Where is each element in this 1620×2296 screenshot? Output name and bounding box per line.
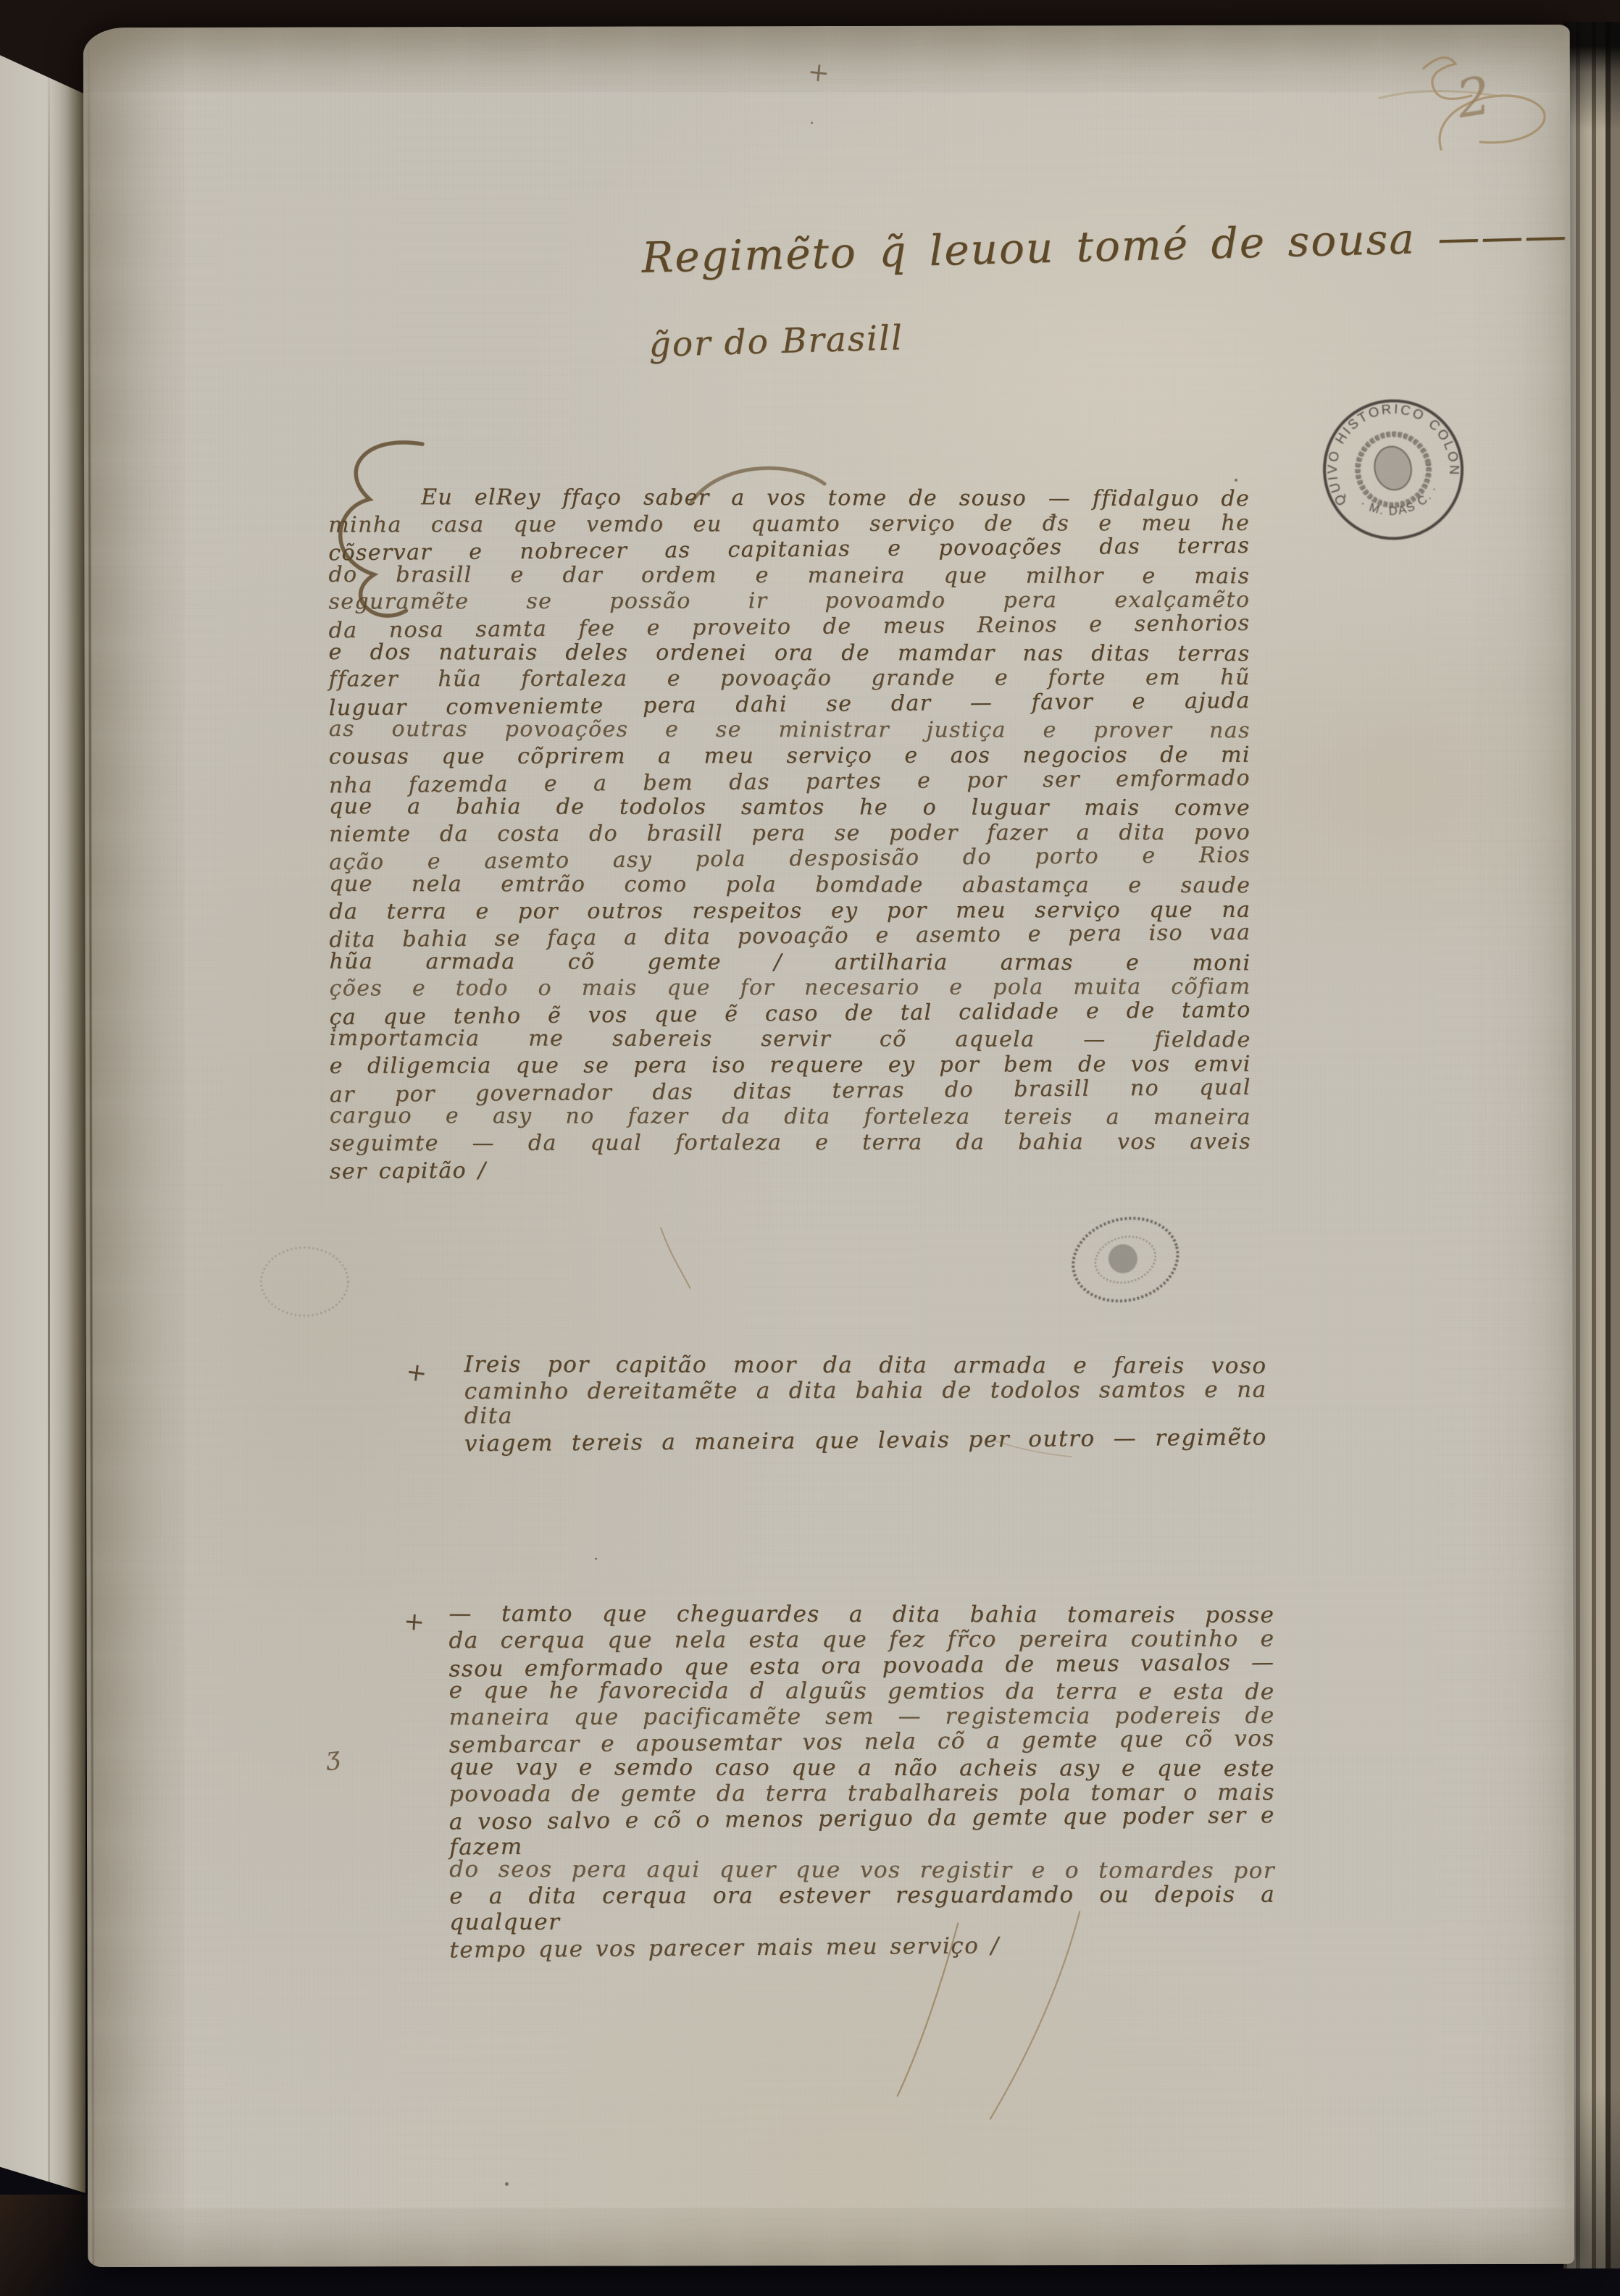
gutter-shadow: [88, 28, 94, 2267]
small-oval-stamp: [1064, 1207, 1187, 1312]
ms-line: ser capitão /: [330, 1152, 1251, 1185]
gutter-fold-crease: [48, 42, 50, 2224]
ms-line: e dos naturais deles ordenei ora de mamd…: [329, 640, 1251, 667]
body-paragraph-2: Ireis por capitão moor da dita armada e …: [464, 1352, 1267, 1454]
ms-line: caminho dereitamẽte a dita bahia de todo…: [464, 1377, 1267, 1428]
ms-line: Eu elRey ffaço saber a vos tome de souso…: [328, 485, 1250, 512]
stamp-bottom-text: · M. DAS C. ·: [1356, 481, 1445, 526]
body-paragraph-3: — tamto que cheguardes a dita bahia toma…: [448, 1601, 1275, 1961]
ms-line: tempo que vos parecer mais meu serviço /: [449, 1931, 1275, 1964]
body-paragraph-1: Eu elRey ffaço saber a vos tome de souso…: [328, 485, 1251, 1183]
ms-line: e que he favorecida d alguũs gemtios da …: [449, 1678, 1275, 1705]
ms-line: do brasill e dar ordem e maneira que mil…: [328, 562, 1250, 590]
ms-line: da nosa samta fee e proveito de meus Rei…: [328, 611, 1250, 644]
ms-line: Ireis por capitão moor da dita armada e …: [464, 1352, 1267, 1378]
ms-line: dita bahia se faça a dita povoação e ase…: [329, 920, 1251, 953]
ms-line: que a bahia de todolos samtos he o lugua…: [329, 794, 1251, 821]
facing-page-edge: [0, 42, 85, 2224]
stamp-center-emblem: [1371, 443, 1415, 493]
ms-line: cõservar e nobrecer as capitanias e povo…: [328, 533, 1250, 566]
ink-speck: [595, 1558, 597, 1560]
ms-line: e a dita cerqua ora estever resguardamdo…: [449, 1882, 1275, 1935]
paragraph-3-margin-cross: +: [403, 1606, 425, 1637]
ms-line: hũa armada cõ gemte / artilharia armas e…: [329, 949, 1251, 976]
ms-line: — tamto que cheguardes a dita bahia toma…: [448, 1601, 1274, 1628]
ghost-stamp-impression: [261, 1247, 348, 1315]
ms-line: viagem tereis a maneira que levais per o…: [464, 1425, 1267, 1457]
ms-line: cousas que cõprirem a meu serviço e aos …: [329, 742, 1251, 770]
ms-line: as outras povoações e se ministrar justi…: [329, 716, 1251, 744]
document-title-line-2: g̃or do Brasill: [648, 318, 904, 365]
ink-speck: [988, 840, 990, 843]
ms-line: do seos pera aqui quer que vos registir …: [449, 1857, 1275, 1884]
folio-number: 2: [1453, 64, 1495, 130]
ms-line: importamcia me sabereis servir cõ aquela…: [330, 1026, 1251, 1053]
ms-line: carguo e asy no fazer da dita forteleza …: [330, 1103, 1251, 1131]
ms-line: que vay e semdo caso que a não acheis as…: [449, 1755, 1275, 1782]
ms-line: e diligemcia que se pera iso requere ey …: [330, 1052, 1251, 1079]
ink-speck: [1235, 479, 1237, 482]
ms-line: que nela emtrão como pola bomdade abasta…: [329, 871, 1251, 899]
invocation-cross-mark: +: [806, 57, 831, 89]
manuscript-photo: + 2 Regimẽto q̃ leuou tomé de sousa ——— …: [0, 0, 1620, 2296]
document-title-line-1: Regimẽto q̃ leuou tomé de sousa ———: [641, 212, 1497, 282]
ink-speck: [505, 2182, 509, 2186]
manuscript-page: + 2 Regimẽto q̃ leuou tomé de sousa ——— …: [83, 25, 1574, 2267]
ms-line: ação e asemto asy pola desposisão do por…: [329, 842, 1251, 876]
paragraph-3-side-mark: ʒ: [325, 1742, 341, 1772]
laurel-wreath-emblem: [1351, 427, 1435, 511]
ink-speck: [811, 122, 813, 124]
ms-line: a voso salvo e cõ o menos periguo da gem…: [449, 1803, 1276, 1861]
paragraph-2-margin-cross: +: [404, 1357, 429, 1388]
